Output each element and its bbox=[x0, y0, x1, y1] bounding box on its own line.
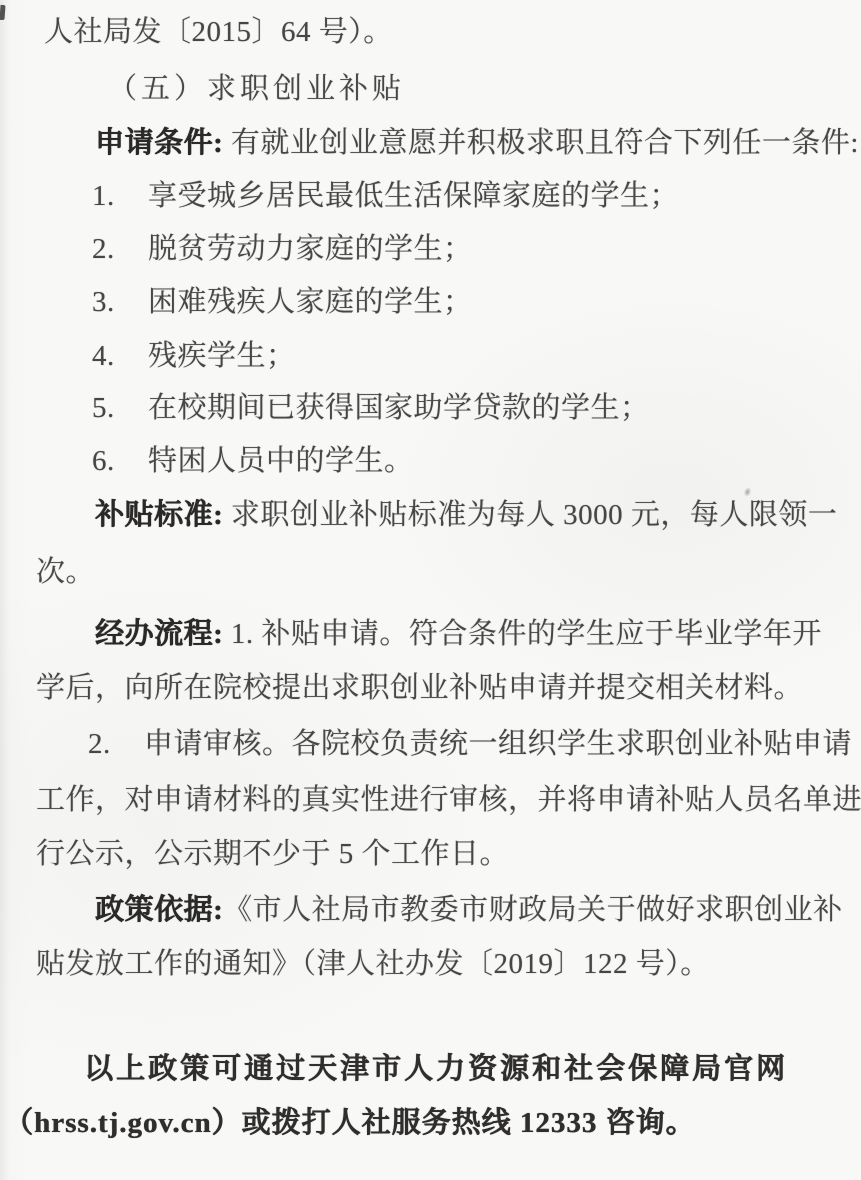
footer-notice-text-1: 以上政策可通过天津市人力资源和社会保障局官网 bbox=[84, 1053, 788, 1085]
subsidy-standard-line-2: 次。 bbox=[36, 556, 95, 589]
policy-basis-text: 《市人社局市教委市财政局关于做好求职创业补 bbox=[223, 894, 843, 926]
condition-item-text: 困难残疾人家庭的学生； bbox=[148, 286, 473, 318]
footer-notice-line-1: 以上政策可通过天津市人力资源和社会保障局官网 bbox=[84, 1053, 788, 1086]
condition-item-number: 2. bbox=[92, 233, 148, 266]
policy-basis-label: 政策依据: bbox=[95, 894, 223, 926]
process-step2-line-2: 工作，对申请材料的真实性进行审核，并将申请补贴人员名单进 bbox=[36, 784, 861, 817]
condition-item-number: 1. bbox=[92, 180, 148, 213]
condition-item-text: 特困人员中的学生。 bbox=[148, 445, 414, 477]
intro-tail-line: 人社局发〔2015〕64 号）。 bbox=[44, 16, 393, 49]
subsidy-standard-text: 求职创业补贴标准为每人 3000 元，每人限领一 bbox=[223, 499, 837, 531]
apply-conditions-label: 申请条件: bbox=[95, 127, 223, 159]
apply-conditions-line: 申请条件: 有就业创业意愿并积极求职且符合下列任一条件: bbox=[95, 127, 859, 160]
condition-item-number: 4. bbox=[92, 340, 148, 373]
scan-speck-artifact bbox=[743, 486, 753, 498]
process-step2-text: 申请审核。各院校负责统一组织学生求职创业补贴申请 bbox=[144, 728, 852, 760]
process-step2-text-end: 行公示，公示期不少于 5 个工作日。 bbox=[36, 838, 509, 870]
section-heading-text: （五）求职创业补贴 bbox=[108, 73, 405, 105]
subsidy-standard-label: 补贴标准: bbox=[95, 499, 223, 531]
condition-item-6: 6.特困人员中的学生。 bbox=[92, 445, 414, 478]
process-step1-text-cont: 学后，向所在院校提出求职创业补贴申请并提交相关材料。 bbox=[36, 672, 803, 704]
condition-item-5: 5.在校期间已获得国家助学贷款的学生； bbox=[92, 392, 650, 425]
condition-item-text: 残疾学生； bbox=[148, 340, 296, 372]
intro-tail-text: 人社局发〔2015〕64 号）。 bbox=[44, 16, 393, 48]
scanned-document-page: 人社局发〔2015〕64 号）。 （五）求职创业补贴 申请条件: 有就业创业意愿… bbox=[0, 0, 861, 1180]
process-label: 经办流程: bbox=[95, 618, 223, 650]
footer-notice-line-2: （hrss.tj.gov.cn）或拨打人社服务热线 12333 咨询。 bbox=[4, 1107, 696, 1140]
condition-item-text: 在校期间已获得国家助学贷款的学生； bbox=[148, 392, 650, 424]
policy-basis-text-cont: 贴发放工作的通知》（津人社办发〔2019〕122 号）。 bbox=[36, 948, 710, 980]
scan-edge-artifact bbox=[0, 5, 6, 20]
footer-notice-text-2: （hrss.tj.gov.cn）或拨打人社服务热线 12333 咨询。 bbox=[4, 1107, 696, 1139]
policy-basis-line-1: 政策依据:《市人社局市教委市财政局关于做好求职创业补 bbox=[95, 894, 843, 927]
process-step2-line-3: 行公示，公示期不少于 5 个工作日。 bbox=[36, 838, 509, 871]
condition-item-4: 4.残疾学生； bbox=[92, 340, 296, 373]
policy-basis-line-2: 贴发放工作的通知》（津人社办发〔2019〕122 号）。 bbox=[36, 948, 710, 981]
apply-conditions-text: 有就业创业意愿并积极求职且符合下列任一条件: bbox=[223, 127, 859, 159]
condition-item-2: 2.脱贫劳动力家庭的学生； bbox=[92, 233, 473, 266]
condition-item-number: 6. bbox=[92, 445, 148, 478]
section-heading: （五）求职创业补贴 bbox=[108, 73, 405, 106]
process-step2-text-cont: 工作，对申请材料的真实性进行审核，并将申请补贴人员名单进 bbox=[36, 784, 861, 816]
process-step2-number: 2. bbox=[88, 728, 144, 761]
condition-item-number: 5. bbox=[92, 392, 148, 425]
process-step1-text: 1. 补贴申请。符合条件的学生应于毕业学年开 bbox=[223, 618, 822, 650]
condition-item-text: 享受城乡居民最低生活保障家庭的学生； bbox=[148, 180, 679, 212]
condition-item-text: 脱贫劳动力家庭的学生； bbox=[148, 233, 473, 265]
subsidy-standard-text-cont: 次。 bbox=[36, 556, 95, 588]
condition-item-1: 1.享受城乡居民最低生活保障家庭的学生； bbox=[92, 180, 679, 213]
condition-item-number: 3. bbox=[92, 286, 148, 319]
subsidy-standard-line-1: 补贴标准: 求职创业补贴标准为每人 3000 元，每人限领一 bbox=[95, 499, 837, 532]
process-step2-line-1: 2.申请审核。各院校负责统一组织学生求职创业补贴申请 bbox=[88, 728, 852, 761]
process-line-1: 经办流程: 1. 补贴申请。符合条件的学生应于毕业学年开 bbox=[95, 618, 822, 651]
condition-item-3: 3.困难残疾人家庭的学生； bbox=[92, 286, 473, 319]
process-line-2: 学后，向所在院校提出求职创业补贴申请并提交相关材料。 bbox=[36, 672, 803, 705]
